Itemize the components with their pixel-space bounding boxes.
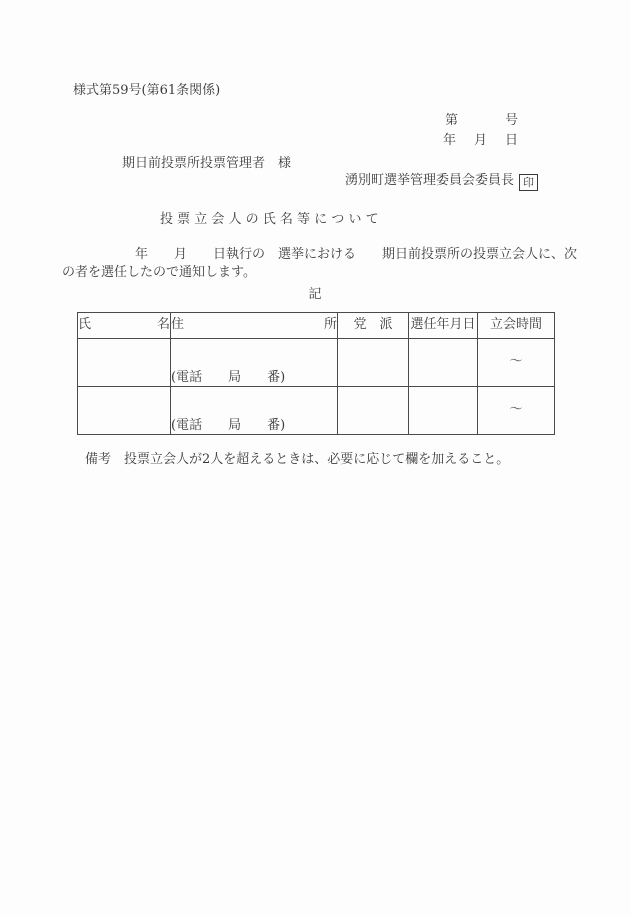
document-number-prefix: 第 — [445, 114, 458, 129]
cell-address-phone: (電話 局 番) — [171, 387, 338, 435]
header-address-left: 住 — [171, 318, 184, 333]
form-number-label: 様式第59号(第61条関係) — [73, 84, 220, 99]
remarks-note: 備考 投票立会人が2人を超えるときは、必要に応じて欄を加えること。 — [85, 453, 509, 468]
header-address: 住 所 — [171, 313, 338, 339]
header-name: 氏 名 — [78, 313, 171, 339]
seal-stamp-placeholder: 印 — [519, 174, 538, 191]
header-appointed-date: 選任年月日 — [409, 313, 478, 339]
header-name-right: 名 — [157, 318, 170, 333]
date-line: 年 月 日 — [443, 134, 518, 149]
cell-attendance-time: ～ — [478, 387, 555, 435]
cell-appointed-date — [409, 339, 478, 387]
header-address-right: 所 — [324, 318, 337, 333]
appointees-table: 氏 名 住 所 党 派 選任年月日 立会時間 (電話 局 番) ～ (電 — [77, 312, 555, 435]
header-attendance-time: 立会時間 — [478, 313, 555, 339]
cell-appointed-date — [409, 387, 478, 435]
date-year-label: 年 — [443, 134, 456, 149]
cell-party — [338, 339, 409, 387]
document-title: 投 票 立 会 人 の 氏 名 等 に つ い て — [160, 213, 379, 228]
record-marker: 記 — [0, 288, 630, 303]
sender-line: 湧別町選挙管理委員会委員長 印 — [345, 174, 538, 191]
addressee-line: 期日前投票所投票管理者 様 — [122, 157, 291, 172]
sender-name: 湧別町選挙管理委員会委員長 — [345, 174, 514, 189]
table-row: (電話 局 番) ～ — [78, 339, 555, 387]
body-paragraph-line2: の者を選任したので通知します。 — [62, 266, 256, 281]
document-page: 様式第59号(第61条関係) 第 号 年 月 日 期日前投票所投票管理者 様 湧… — [0, 0, 630, 915]
header-name-left: 氏 — [78, 318, 91, 333]
table-row: (電話 局 番) ～ — [78, 387, 555, 435]
document-number-suffix: 号 — [505, 114, 518, 129]
header-party: 党 派 — [338, 313, 409, 339]
document-number-line: 第 号 — [445, 114, 518, 129]
cell-party — [338, 387, 409, 435]
body-paragraph-line1: 年 月 日執行の 選挙における 期日前投票所の投票立会人に、次 — [135, 248, 577, 263]
cell-name — [78, 339, 171, 387]
table-header-row: 氏 名 住 所 党 派 選任年月日 立会時間 — [78, 313, 555, 339]
cell-name — [78, 387, 171, 435]
date-day-label: 日 — [505, 134, 518, 149]
cell-attendance-time: ～ — [478, 339, 555, 387]
date-month-label: 月 — [474, 134, 487, 149]
cell-address-phone: (電話 局 番) — [171, 339, 338, 387]
